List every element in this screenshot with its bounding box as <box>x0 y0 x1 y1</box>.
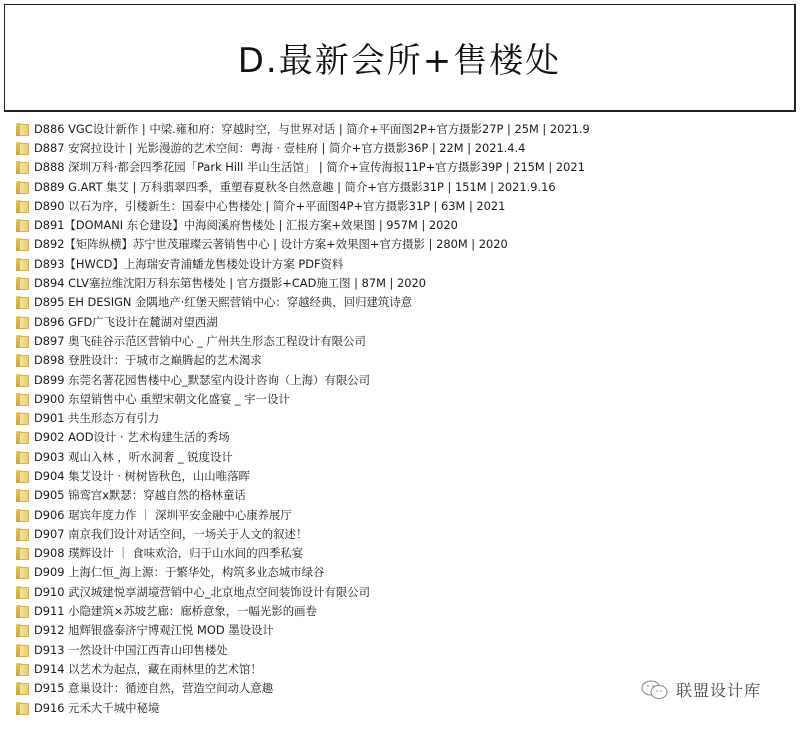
folder-item[interactable]: D905 锦鸾宫x默瑟：穿越自然的格林童话 <box>16 486 796 505</box>
folder-icon <box>16 315 29 329</box>
folder-item[interactable]: D887 安窝拉设计 | 光影漫游的艺术空间：粤海 · 壹桂府 | 简介+官方摄… <box>16 138 796 157</box>
folder-item[interactable]: D910 武汉城建悦享湖境营销中心_北京地点空间装饰设计有限公司 <box>16 582 796 601</box>
folder-icon <box>16 701 29 715</box>
folder-name: D916 元禾大千城中秘境 <box>34 700 159 716</box>
folder-icon <box>16 527 29 541</box>
folder-item[interactable]: D911 小隐建筑×苏坡艺廊：廊桥意象，一幅光影的画卷 <box>16 601 796 620</box>
folder-item[interactable]: D890 以石为序，引楼新生：国泰中心售楼处 | 简介+平面图4P+官方摄影31… <box>16 196 796 215</box>
folder-name: D910 武汉城建悦享湖境营销中心_北京地点空间装饰设计有限公司 <box>34 584 370 600</box>
folder-item[interactable]: D892【矩阵纵横】苏宁世茂璀璨云著销售中心 | 设计方案+效果图+官方摄影 |… <box>16 235 796 254</box>
folder-icon <box>16 565 29 579</box>
folder-name: D896 GFD广飞设计在麓湖对望西湖 <box>34 314 218 330</box>
folder-icon <box>16 392 29 406</box>
folder-name: D891【DOMANI 东仑建设】中海阅溪府售楼处 | 汇报方案+效果图 | 9… <box>34 217 458 233</box>
folder-name: D897 奥飞硅谷示范区营销中心 _ 广州共生形态工程设计有限公司 <box>34 333 366 349</box>
folder-item[interactable]: D889 G.ART 集艾 | 万科翡翠四季，重塑春夏秋冬自然意趣 | 简介+官… <box>16 177 796 196</box>
folder-name: D912 旭辉银盛泰济宁博观江悦 MOD 墨设设计 <box>34 622 274 638</box>
folder-icon <box>16 430 29 444</box>
folder-name: D909 上海仁恒_海上源：于繁华处，构筑多业态城市绿谷 <box>34 564 324 580</box>
folder-item[interactable]: D899 东莞名著花园售楼中心_默瑟室内设计咨询（上海）有限公司 <box>16 370 796 389</box>
folder-name: D887 安窝拉设计 | 光影漫游的艺术空间：粤海 · 壹桂府 | 简介+官方摄… <box>34 140 525 156</box>
folder-icon <box>16 218 29 232</box>
folder-icon <box>16 488 29 502</box>
folder-name: D889 G.ART 集艾 | 万科翡翠四季，重塑春夏秋冬自然意趣 | 简介+官… <box>34 179 556 195</box>
folder-item[interactable]: D897 奥飞硅谷示范区营销中心 _ 广州共生形态工程设计有限公司 <box>16 331 796 350</box>
folder-name: D888 深圳万科·都会四季花园「Park Hill 半山生活馆」 | 简介+宣… <box>34 159 585 175</box>
folder-name: D890 以石为序，引楼新生：国泰中心售楼处 | 简介+平面图4P+官方摄影31… <box>34 198 505 214</box>
folder-name: D913 一然设计中国江西青山印售楼处 <box>34 642 228 658</box>
folder-name: D915 意巢设计：循迹自然，营造空间动人意趣 <box>34 680 273 696</box>
folder-icon <box>16 508 29 522</box>
folder-name: D899 东莞名著花园售楼中心_默瑟室内设计咨询（上海）有限公司 <box>34 372 370 388</box>
folder-name: D914 以艺术为起点，藏在雨林里的艺术馆！ <box>34 661 262 677</box>
folder-icon <box>16 604 29 618</box>
folder-icon <box>16 411 29 425</box>
folder-name: D906 琚宾年度力作 ｜ 深圳平安金融中心康养展厅 <box>34 507 292 523</box>
folder-icon <box>16 353 29 367</box>
folder-icon <box>16 141 29 155</box>
folder-icon <box>16 662 29 676</box>
folder-item[interactable]: D888 深圳万科·都会四季花园「Park Hill 半山生活馆」 | 简介+宣… <box>16 158 796 177</box>
folder-name: D904 集艾设计 · 树树皆秋色，山山唯落晖 <box>34 468 250 484</box>
folder-name: D895 EH DESIGN 金隅地产·红堡天熙营销中心：穿越经典，回归建筑诗意 <box>34 294 412 310</box>
title-banner: D.最新会所+售楼处 <box>4 4 796 112</box>
folder-name: D911 小隐建筑×苏坡艺廊：廊桥意象，一幅光影的画卷 <box>34 603 317 619</box>
folder-item[interactable]: D908 璞辉设计 ｜ 食味欢洽，归于山水间的四季私宴 <box>16 544 796 563</box>
folder-name: D886 VGC设计新作 | 中梁.雍和府：穿越时空，与世界对话 | 简介+平面… <box>34 121 590 137</box>
folder-name: D902 AOD设计 · 艺术构建生活的秀场 <box>34 429 230 445</box>
folder-item[interactable]: D906 琚宾年度力作 ｜ 深圳平安金融中心康养展厅 <box>16 505 796 524</box>
folder-list: D886 VGC设计新作 | 中梁.雍和府：穿越时空，与世界对话 | 简介+平面… <box>16 119 796 717</box>
folder-item[interactable]: D894 CLV塞拉维沈阳万科东第售楼处 | 官方摄影+CAD施工图 | 87M… <box>16 273 796 292</box>
folder-icon <box>16 469 29 483</box>
folder-icon <box>16 237 29 251</box>
folder-icon <box>16 450 29 464</box>
wechat-icon <box>640 679 670 701</box>
folder-icon <box>16 276 29 290</box>
folder-item[interactable]: D896 GFD广飞设计在麓湖对望西湖 <box>16 312 796 331</box>
folder-icon <box>16 160 29 174</box>
folder-item[interactable]: D886 VGC设计新作 | 中梁.雍和府：穿越时空，与世界对话 | 简介+平面… <box>16 119 796 138</box>
folder-item[interactable]: D904 集艾设计 · 树树皆秋色，山山唯落晖 <box>16 466 796 485</box>
folder-name: D903 观山入林 ，听水洞奢 _ 锐度设计 <box>34 449 233 465</box>
folder-item[interactable]: D898 登胜设计：于城市之巅腾起的艺术渴求 <box>16 351 796 370</box>
folder-name: D901 共生形态万有引力 <box>34 410 159 426</box>
folder-item[interactable]: D914 以艺术为起点，藏在雨林里的艺术馆！ <box>16 659 796 678</box>
folder-name: D905 锦鸾宫x默瑟：穿越自然的格林童话 <box>34 487 246 503</box>
folder-name: D894 CLV塞拉维沈阳万科东第售楼处 | 官方摄影+CAD施工图 | 87M… <box>34 275 426 291</box>
folder-name: D900 东望销售中心 重塑宋朝文化盛宴 _ 宇一设计 <box>34 391 290 407</box>
folder-item[interactable]: D895 EH DESIGN 金隅地产·红堡天熙营销中心：穿越经典，回归建筑诗意 <box>16 293 796 312</box>
folder-icon <box>16 585 29 599</box>
folder-name: D898 登胜设计：于城市之巅腾起的艺术渴求 <box>34 352 262 368</box>
folder-item[interactable]: D893【HWCD】上海瑞安青浦蟠龙售楼处设计方案 PDF资料 <box>16 254 796 273</box>
folder-item[interactable]: D891【DOMANI 东仑建设】中海阅溪府售楼处 | 汇报方案+效果图 | 9… <box>16 215 796 234</box>
folder-icon <box>16 334 29 348</box>
watermark: 联盟设计库 <box>640 678 761 701</box>
folder-item[interactable]: D900 东望销售中心 重塑宋朝文化盛宴 _ 宇一设计 <box>16 389 796 408</box>
folder-name: D907 南京我们设计对话空间，一场关于人文的叙述！ <box>34 526 307 542</box>
folder-icon <box>16 180 29 194</box>
folder-item[interactable]: D913 一然设计中国江西青山印售楼处 <box>16 640 796 659</box>
folder-item[interactable]: D909 上海仁恒_海上源：于繁华处，构筑多业态城市绿谷 <box>16 563 796 582</box>
folder-item[interactable]: D903 观山入林 ，听水洞奢 _ 锐度设计 <box>16 447 796 466</box>
folder-icon <box>16 122 29 136</box>
folder-name: D892【矩阵纵横】苏宁世茂璀璨云著销售中心 | 设计方案+效果图+官方摄影 |… <box>34 236 508 252</box>
folder-icon <box>16 681 29 695</box>
folder-item[interactable]: D902 AOD设计 · 艺术构建生活的秀场 <box>16 428 796 447</box>
folder-item[interactable]: D912 旭辉银盛泰济宁博观江悦 MOD 墨设设计 <box>16 621 796 640</box>
page-title: D.最新会所+售楼处 <box>238 33 561 82</box>
folder-icon <box>16 295 29 309</box>
watermark-text: 联盟设计库 <box>676 678 761 701</box>
folder-icon <box>16 199 29 213</box>
folder-icon <box>16 546 29 560</box>
folder-name: D893【HWCD】上海瑞安青浦蟠龙售楼处设计方案 PDF资料 <box>34 256 343 272</box>
folder-icon <box>16 373 29 387</box>
folder-icon <box>16 257 29 271</box>
folder-item[interactable]: D907 南京我们设计对话空间，一场关于人文的叙述！ <box>16 524 796 543</box>
folder-icon <box>16 623 29 637</box>
folder-item[interactable]: D901 共生形态万有引力 <box>16 408 796 427</box>
folder-name: D908 璞辉设计 ｜ 食味欢洽，归于山水间的四季私宴 <box>34 545 303 561</box>
folder-icon <box>16 643 29 657</box>
